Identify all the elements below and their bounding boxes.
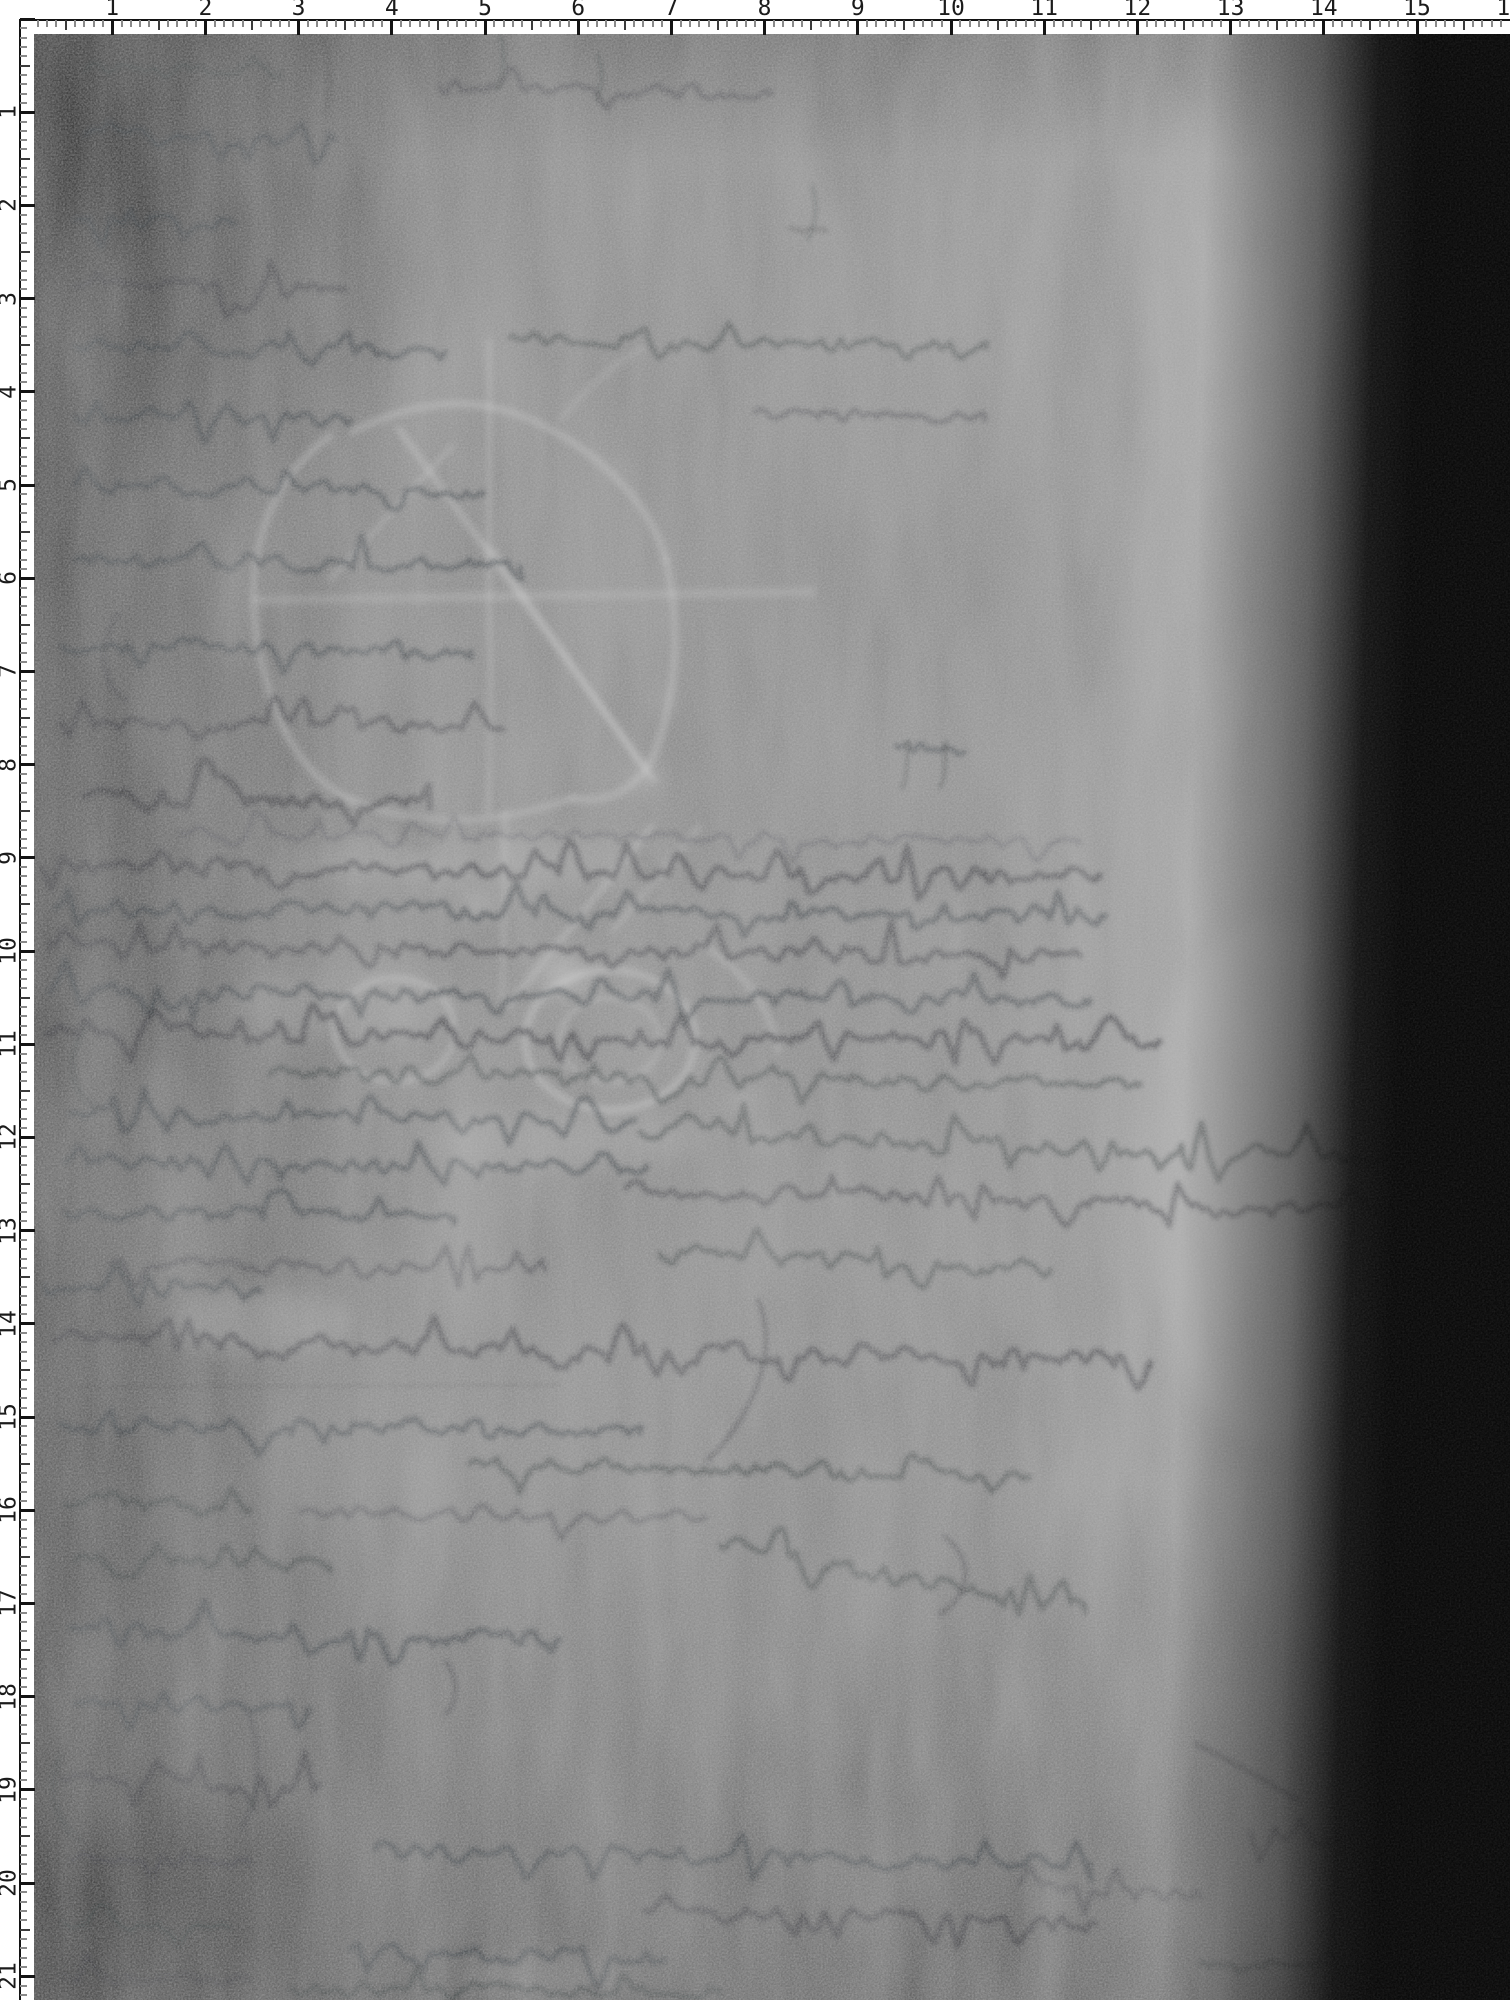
ruler-tick: [726, 20, 728, 27]
ruler-tick: [20, 810, 30, 812]
ruler-tick: [614, 20, 616, 27]
ruler-tick: [1071, 20, 1073, 27]
ruler-tick: [20, 624, 30, 626]
ruler-tick: [20, 74, 27, 76]
ruler-tick: [801, 20, 803, 27]
ruler-tick: [931, 20, 933, 27]
ruler-tick: [20, 894, 27, 896]
ruler-tick: [20, 1351, 27, 1353]
ruler-tick: [204, 20, 207, 35]
ruler-number: 5: [1, 478, 18, 492]
ruler-tick: [20, 652, 27, 654]
ruler-tick: [540, 20, 542, 27]
ruler-tick: [20, 521, 27, 523]
ruler-tick: [969, 20, 971, 27]
ruler-tick: [20, 1192, 27, 1194]
ruler-tick: [214, 20, 216, 27]
ruler-tick: [20, 633, 27, 635]
ruler-tick: [1295, 20, 1297, 27]
ruler-number: 11: [1, 1030, 18, 1058]
ruler-tick: [20, 1695, 35, 1698]
ruler-tick: [1025, 20, 1027, 27]
ruler-tick: [20, 1602, 35, 1605]
ruler-tick: [987, 20, 989, 27]
ruler-tick: [624, 20, 626, 30]
ruler-tick: [20, 1258, 27, 1260]
ruler-tick: [363, 20, 365, 27]
ruler-tick: [596, 20, 598, 27]
ruler-tick: [20, 1174, 27, 1176]
ruler-tick: [20, 782, 27, 784]
ruler-tick: [20, 866, 27, 868]
ruler-tick: [1453, 20, 1455, 27]
ruler-tick: [148, 20, 150, 27]
ruler-tick: [20, 111, 35, 114]
ruler-tick: [633, 20, 635, 27]
ruler-tick: [93, 20, 95, 27]
ruler-tick: [885, 20, 887, 27]
ruler-tick: [1062, 20, 1064, 27]
ruler-tick: [20, 596, 27, 598]
ruler-tick: [20, 288, 27, 290]
ruler-tick: [20, 1910, 27, 1912]
ruler-tick: [20, 1062, 27, 1064]
ruler-tick: [20, 214, 27, 216]
ruler-tick: [773, 20, 775, 27]
ruler-tick: [20, 903, 30, 905]
ruler-number: 7: [664, 0, 678, 17]
ruler-tick: [55, 20, 57, 27]
ruler-tick: [195, 20, 197, 27]
ruler-tick: [20, 475, 27, 477]
ruler-tick: [20, 1938, 27, 1940]
ruler-number: 19: [1, 1776, 18, 1804]
ruler-tick: [20, 223, 27, 225]
ruler-tick: [1425, 20, 1427, 27]
ruler-tick: [20, 1770, 27, 1772]
ruler-tick: [1248, 20, 1250, 27]
ruler-tick: [689, 20, 691, 27]
ruler-tick: [158, 20, 160, 30]
ruler-tick: [1332, 20, 1334, 27]
ruler-tick: [20, 1621, 27, 1623]
ruler-tick: [20, 465, 27, 467]
ruler-tick: [20, 409, 27, 411]
ruler-tick: [1360, 20, 1362, 27]
ruler-tick: [1229, 20, 1232, 35]
ruler-tick: [20, 670, 35, 673]
ruler-tick: [20, 820, 27, 822]
ruler-tick: [1369, 20, 1371, 30]
ruler-tick: [456, 20, 458, 27]
ruler-tick: [270, 20, 272, 27]
ruler-tick: [1258, 20, 1260, 27]
ruler-tick: [856, 20, 859, 35]
ruler-tick: [20, 661, 27, 663]
ruler-tick: [20, 493, 27, 495]
ruler-tick: [512, 20, 514, 27]
ruler-tick: [20, 856, 35, 859]
ruler-number: 10: [937, 0, 965, 17]
ruler-tick: [1267, 20, 1269, 27]
ruler-tick: [670, 20, 673, 35]
ruler-tick: [20, 484, 35, 487]
ruler-number: 15: [1403, 0, 1431, 17]
ruler-tick: [419, 20, 421, 27]
ruler-tick: [20, 1453, 27, 1455]
ruler-tick: [922, 20, 924, 27]
ruler-tick: [20, 1388, 27, 1390]
ruler-number: 4: [385, 0, 399, 17]
film-grain-overlay: [0, 0, 1510, 2000]
ruler-tick: [782, 20, 784, 27]
ruler-tick: [20, 1360, 27, 1362]
ruler-tick: [20, 614, 27, 616]
ruler-tick: [1481, 20, 1483, 27]
ruler-tick: [260, 20, 262, 27]
ruler-tick: [652, 20, 654, 27]
ruler-tick: [20, 1304, 27, 1306]
ruler-tick: [1080, 20, 1082, 27]
ruler-tick: [708, 20, 710, 27]
ruler-tick: [223, 20, 225, 27]
ruler-tick: [20, 1901, 27, 1903]
ruler-tick: [20, 987, 27, 989]
ruler-tick: [20, 251, 30, 253]
ruler-tick: [913, 20, 915, 27]
ruler-tick: [121, 20, 123, 27]
ruler-tick: [176, 20, 178, 27]
ruler-tick: [20, 950, 35, 953]
ruler-tick: [83, 20, 85, 27]
ruler-tick: [1015, 20, 1017, 27]
ruler-number: 1: [1, 105, 18, 119]
ruler-tick: [20, 1845, 27, 1847]
ruler-tick: [1313, 20, 1315, 27]
ruler-tick: [531, 20, 533, 30]
ruler-tick: [1099, 20, 1101, 27]
ruler-tick: [20, 587, 27, 589]
ruler-tick: [20, 1118, 27, 1120]
ruler-tick: [1127, 20, 1129, 27]
ruler-tick: [20, 158, 30, 160]
ruler-tick: [372, 20, 374, 27]
ruler-tick: [866, 20, 868, 27]
ruler-tick: [20, 885, 27, 887]
ruler-tick: [20, 270, 27, 272]
ruler-tick: [20, 922, 27, 924]
ruler-tick: [20, 549, 27, 551]
ruler-tick: [279, 20, 281, 27]
ruler-tick: [1006, 20, 1008, 27]
ruler-tick: [20, 363, 27, 365]
ruler-tick: [20, 745, 27, 747]
ruler-tick: [20, 1714, 27, 1716]
ruler-tick: [20, 503, 27, 505]
ruler-tick: [959, 20, 961, 27]
ruler-tick: [20, 792, 27, 794]
ruler-tick: [20, 65, 30, 67]
ruler-tick: [20, 297, 35, 300]
ruler-tick: [20, 1630, 27, 1632]
ruler-tick: [20, 1994, 27, 1996]
ruler-tick: [20, 1322, 35, 1325]
ruler-tick: [1118, 20, 1120, 27]
ruler-tick: [521, 20, 523, 27]
ruler-tick: [1491, 20, 1493, 27]
ruler-tick: [763, 20, 766, 35]
ruler-tick: [20, 1155, 27, 1157]
ruler-tick: [167, 20, 169, 27]
ruler-tick: [20, 969, 27, 971]
ruler-tick: [111, 20, 114, 35]
ruler-tick: [20, 1528, 27, 1530]
ruler-tick: [20, 1229, 35, 1232]
ruler-number: 7: [1, 664, 18, 678]
ruler-tick: [20, 176, 27, 178]
ruler-tick: [20, 83, 27, 85]
ruler-tick: [20, 55, 27, 57]
ruler-tick: [20, 1491, 27, 1493]
ruler-number: 20: [1, 1869, 18, 1897]
ruler-tick: [20, 847, 27, 849]
ruler-tick: [1397, 20, 1399, 27]
ruler-tick: [20, 1295, 27, 1297]
ruler-tick: [186, 20, 188, 27]
ruler-tick: [20, 698, 27, 700]
ruler-tick: [20, 1677, 27, 1679]
ruler-tick: [20, 605, 27, 607]
ruler-tick: [400, 20, 402, 27]
ruler-tick: [20, 1546, 27, 1548]
ruler-tick: [20, 354, 27, 356]
ruler-tick: [20, 1826, 27, 1828]
ruler-tick: [20, 1565, 27, 1567]
ruler-tick: [950, 20, 953, 35]
ruler-tick: [792, 20, 794, 27]
ruler-number: 15: [1, 1403, 18, 1431]
ruler-tick: [1136, 20, 1139, 35]
ruler-tick: [242, 20, 244, 27]
ruler-tick: [20, 1761, 27, 1763]
ruler-tick: [139, 20, 141, 27]
ruler-tick: [465, 20, 467, 27]
ruler-tick: [297, 20, 300, 35]
ruler-tick: [661, 20, 663, 27]
ruler-tick: [354, 20, 356, 27]
ruler-tick: [316, 20, 318, 27]
ruler-tick: [20, 130, 27, 132]
ruler-tick: [1043, 20, 1046, 35]
ruler-tick: [698, 20, 700, 27]
ruler-tick: [20, 1202, 27, 1204]
ruler-tick: [20, 242, 27, 244]
ruler-number: 16: [1, 1496, 18, 1524]
ruler-number: 2: [1, 198, 18, 212]
ruler-number: 17: [1, 1590, 18, 1618]
ruler-number: 4: [1, 385, 18, 399]
ruler-tick: [20, 447, 27, 449]
ruler-tick: [20, 260, 27, 262]
ruler-tick: [20, 1957, 27, 1959]
ruler-number: 9: [851, 0, 865, 17]
ruler-tick: [20, 1043, 35, 1046]
ruler-tick: [20, 1183, 30, 1185]
ruler-tick: [20, 232, 27, 234]
ruler-tick: [1341, 20, 1343, 27]
ruler-number: 5: [478, 0, 492, 17]
manuscript-photo: [0, 0, 1510, 2000]
ruler-tick: [20, 1379, 27, 1381]
ruler-tick: [605, 20, 607, 27]
ruler-tick: [409, 20, 411, 27]
ruler-tick: [46, 20, 48, 27]
ruler-tick: [20, 1752, 27, 1754]
ruler-tick: [20, 531, 30, 533]
ruler-tick: [1146, 20, 1148, 27]
ruler-number: 18: [1, 1683, 18, 1711]
ruler-number: 2: [198, 0, 212, 17]
ruler-tick: [20, 978, 27, 980]
ruler-tick: [20, 913, 27, 915]
ruler-tick: [20, 736, 27, 738]
ruler-tick: [717, 20, 719, 30]
ruler-number: 11: [1030, 0, 1058, 17]
ruler-tick: [20, 1882, 35, 1885]
ruler-tick: [20, 372, 27, 374]
ruler-tick: [1192, 20, 1194, 27]
ruler-tick: [20, 1556, 30, 1558]
ruler-tick: [894, 20, 896, 27]
ruler-tick: [1108, 20, 1110, 27]
ruler-tick: [20, 540, 27, 542]
ruler-tick: [20, 1211, 27, 1213]
ruler-tick: [736, 20, 738, 27]
ruler-tick: [102, 20, 104, 27]
ruler-tick: [20, 763, 35, 766]
ruler-tick: [587, 20, 589, 27]
ruler-tick: [1379, 20, 1381, 27]
ruler-tick: [20, 437, 30, 439]
ruler-tick: [20, 838, 27, 840]
ruler-tick: [20, 512, 27, 514]
ruler-number: 8: [758, 0, 772, 17]
ruler-tick: [1034, 20, 1036, 27]
ruler-tick: [20, 1015, 27, 1017]
ruler-tick: [20, 1807, 27, 1809]
ruler-tick: [810, 20, 812, 30]
ruler-number: 14: [1, 1310, 18, 1338]
ruler-tick: [1276, 20, 1278, 30]
ruler-tick: [1220, 20, 1222, 27]
ruler-number: 13: [1217, 0, 1245, 17]
ruler-tick: [20, 1071, 27, 1073]
ruler-tick: [745, 20, 747, 27]
ruler-number: 21: [1, 1962, 18, 1990]
ruler-tick: [65, 20, 67, 30]
ruler-tick: [1202, 20, 1204, 27]
ruler-tick: [1174, 20, 1176, 27]
ruler-number: 13: [1, 1217, 18, 1245]
ruler-tick: [20, 1341, 27, 1343]
ruler-tick: [20, 326, 27, 328]
ruler-tick: [20, 1099, 27, 1101]
ruler-tick: [20, 381, 27, 383]
ruler-tick: [1322, 20, 1325, 35]
ruler-tick: [20, 204, 35, 207]
ruler-tick: [20, 1919, 27, 1921]
ruler-tick: [1304, 20, 1306, 27]
ruler-tick: [1155, 20, 1157, 27]
ruler-left: 123456789101112131415161718192021: [0, 0, 34, 2000]
ruler-tick: [20, 1435, 27, 1437]
ruler-tick: [232, 20, 234, 27]
ruler-tick: [549, 20, 551, 27]
ruler-tick: [20, 689, 27, 691]
ruler-number: 3: [1, 292, 18, 306]
ruler-tick: [326, 20, 328, 27]
ruler-number: 8: [1, 758, 18, 772]
ruler-tick: [428, 20, 430, 27]
ruler-tick: [1500, 20, 1502, 27]
ruler-number: 6: [1, 571, 18, 585]
ruler-tick: [20, 1649, 30, 1651]
ruler-tick: [20, 167, 27, 169]
ruler-tick: [1435, 20, 1437, 27]
ruler-tick: [1164, 20, 1166, 27]
ruler-number: 10: [1, 937, 18, 965]
ruler-tick: [344, 20, 346, 30]
ruler-tick: [20, 1267, 27, 1269]
ruler-tick: [20, 1788, 35, 1791]
ruler-tick: [437, 20, 439, 30]
ruler-tick: [20, 801, 27, 803]
ruler-tick: [20, 1929, 30, 1931]
ruler-tick: [20, 1080, 27, 1082]
ruler-tick: [20, 195, 27, 197]
ruler-tick: [20, 1286, 27, 1288]
ruler-tick: [335, 20, 337, 27]
ruler-tick: [577, 20, 580, 35]
ruler-tick: [20, 680, 27, 682]
ruler-tick: [20, 1369, 30, 1371]
ruler-tick: [20, 1658, 27, 1660]
ruler-tick: [20, 1817, 27, 1819]
ruler-tick: [829, 20, 831, 27]
ruler-tick: [20, 577, 35, 580]
ruler-tick: [130, 20, 132, 27]
ruler-tick: [941, 20, 943, 27]
ruler-tick: [20, 27, 27, 29]
ruler-tick: [251, 20, 253, 30]
ruler-tick: [20, 1108, 27, 1110]
ruler-number: 1: [105, 0, 119, 17]
ruler-tick: [680, 20, 682, 27]
ruler-tick: [642, 20, 644, 27]
ruler-tick: [20, 1574, 27, 1576]
ruler-tick: [1053, 20, 1055, 27]
ruler-tick: [493, 20, 495, 27]
ruler-tick: [20, 754, 27, 756]
ruler-tick: [20, 997, 30, 999]
ruler-tick: [20, 1668, 27, 1670]
ruler-tick: [20, 1835, 30, 1837]
ruler-tick: [20, 1742, 30, 1744]
ruler-tick: [820, 20, 822, 27]
ruler-tick: [20, 1164, 27, 1166]
ruler-tick: [20, 1947, 27, 1949]
ruler-tick: [997, 20, 999, 30]
